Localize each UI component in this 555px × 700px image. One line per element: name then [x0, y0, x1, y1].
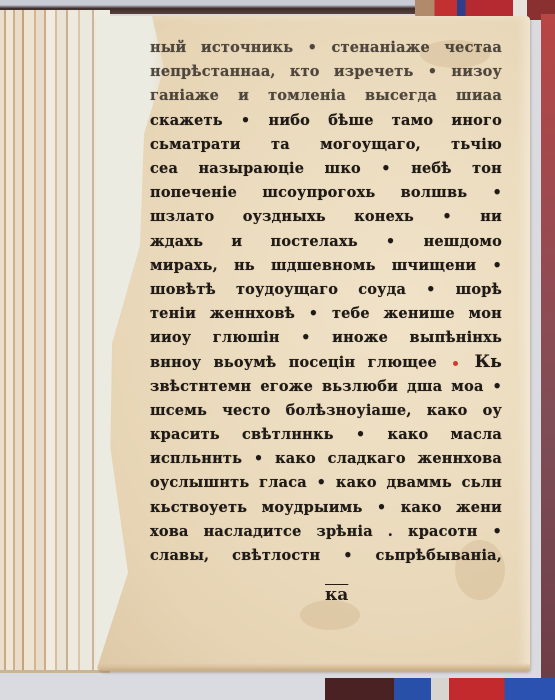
text-line: мирахь, нь шдшевномь шчищени • — [150, 254, 502, 278]
text-line: ждахь и постелахь • нешдомо — [150, 230, 502, 254]
page-stack-edges — [0, 10, 110, 673]
text-line: красить свѣтлннкь • како масла — [150, 423, 502, 447]
textile-background-bottom — [325, 678, 555, 700]
text-line: звѣстнтемн егоже вьзлюби дша моа • — [150, 375, 502, 399]
page-text: ный источникь • стенаніаже честаа непрѣс… — [150, 36, 502, 568]
text-line: испльннть • како сладкаго женнхова — [150, 447, 502, 471]
text-line: скажеть • нибо бѣше тамо иного — [150, 109, 502, 133]
text-line: теніи женнховѣ • тебе женише мон — [150, 302, 502, 326]
rubric-initial: Кь — [475, 352, 502, 372]
text-line: шовѣтѣ тоудоущаго соуда • шорѣ — [150, 278, 502, 302]
text-line: шзлато оуздныхь конехь • ни — [150, 205, 502, 229]
textile-background-right — [541, 14, 555, 700]
book-photo: ный источникь • стенаніаже честаа непрѣс… — [0, 0, 555, 700]
text-line: ный источникь • стенаніаже честаа — [150, 36, 502, 60]
text-line: славы, свѣтлостн • сьпрѣбываніа, — [150, 544, 502, 568]
text-line-with-rubric: внноу вьоумѣ посецін глющее Кь — [150, 350, 502, 374]
red-rubric-dot — [453, 361, 458, 366]
folio-number: ка — [325, 585, 348, 605]
text-line: попеченіе шсоупрогохь волшвь • — [150, 181, 502, 205]
text-line: сьматрати та могоущаго, тьчію — [150, 133, 502, 157]
text-line: шсемь често болѣзноуіаше, како оу — [150, 399, 502, 423]
text-line: оуслышнть гласа • како дваммь сьлн — [150, 471, 502, 495]
text-line: ииоу глюшін • иноже выпѣнінхь — [150, 326, 502, 350]
text-line-segment: внноу вьоумѣ посецін глющее — [150, 354, 437, 371]
text-line: ганіаже и томленіа высегда шиаа — [150, 84, 502, 108]
text-line: хова насладитсе зрѣніа . красотн • — [150, 520, 502, 544]
text-line: непрѣстаннаа, кто изречеть • низоу — [150, 60, 502, 84]
text-line: сеа назыраюціе шко • небѣ тон — [150, 157, 502, 181]
text-line: кьствоуеть моудрыимь • како жени — [150, 496, 502, 520]
